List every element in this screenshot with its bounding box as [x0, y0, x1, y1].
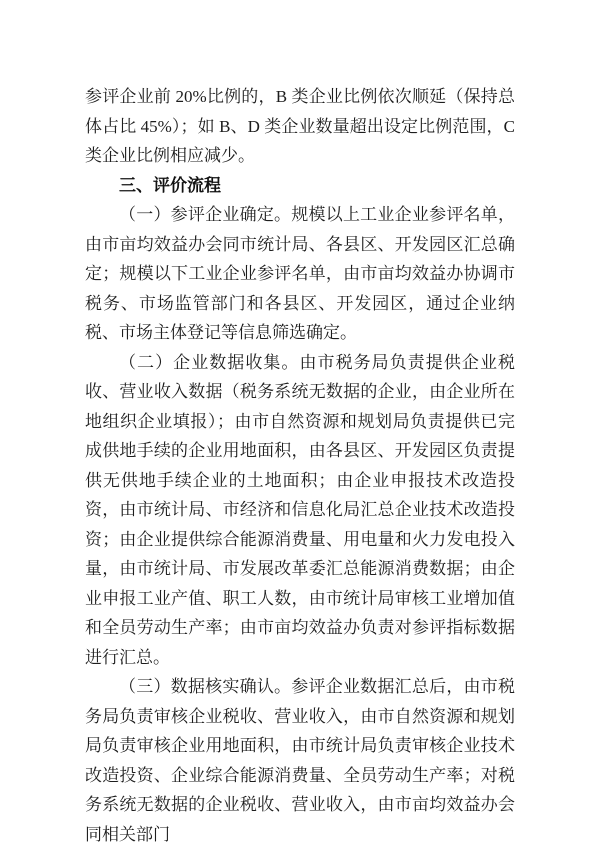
document-text-column: 参评企业前 20%比例的，B 类企业比例依次顺延（保持总体占比 45%）；如 B… — [85, 82, 515, 848]
paragraph-continuation: 参评企业前 20%比例的，B 类企业比例依次顺延（保持总体占比 45%）；如 B… — [85, 82, 515, 171]
paragraph-item-2-data-collection: （二）企业数据收集。由市税务局负责提供企业税收、营业收入数据（税务系统无数据的企… — [85, 348, 515, 673]
paragraph-item-3-data-verification: （三）数据核实确认。参评企业数据汇总后，由市税务局负责审核企业税收、营业收入，由… — [85, 672, 515, 848]
paragraph-item-1-enterprise-determination: （一）参评企业确定。规模以上工业企业参评名单，由市亩均效益办会同市统计局、各县区… — [85, 200, 515, 348]
section-heading-evaluation-process: 三、评价流程 — [85, 171, 515, 201]
document-page: 参评企业前 20%比例的，B 类企业比例依次顺延（保持总体占比 45%）；如 B… — [0, 0, 600, 848]
